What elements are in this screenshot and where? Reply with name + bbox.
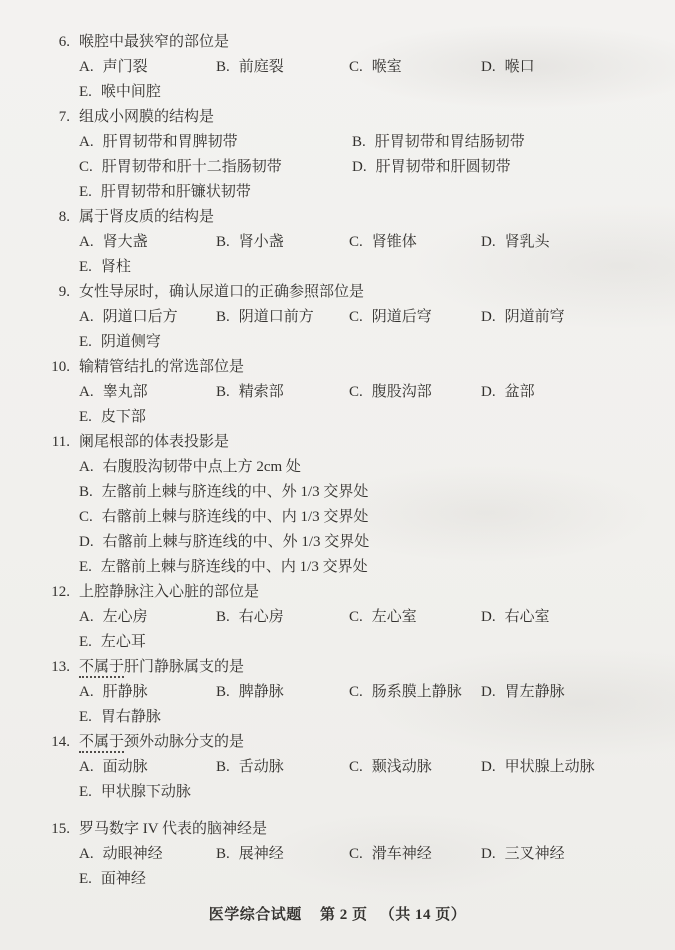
stem-text: 罗马数字 IV 代表的脑神经是 (79, 821, 267, 837)
option-row: E.左髂前上棘与脐连线的中、内 1/3 交界处 (79, 555, 649, 580)
option-text: 肾大盏 (103, 234, 148, 250)
option-label: C. (349, 234, 363, 250)
option-text: 阴道后穹 (372, 309, 432, 325)
options-block: A.面动脉B.舌动脉C.颞浅动脉D.甲状腺上动脉E.甲状腺下动脉 (79, 755, 649, 805)
question-stem-line: 14.不属于颈外动脉分支的是 (40, 730, 649, 755)
option-label: C. (349, 846, 363, 862)
question-stem: 阑尾根部的体表投影是 (79, 430, 229, 455)
option-label: D. (481, 309, 496, 325)
option: A.肾大盏 (79, 230, 216, 255)
option-text: 肾柱 (101, 259, 131, 275)
option-label: A. (79, 134, 94, 150)
option: B.脾静脉 (216, 680, 349, 705)
question-stem-line: 10.输精管结扎的常选部位是 (40, 355, 649, 380)
question-number: 15. (40, 817, 70, 842)
option-text: 甲状腺上动脉 (505, 759, 595, 775)
question: 6.喉腔中最狭窄的部位是A.声门裂B.前庭裂C.喉室D.喉口E.喉中间腔 (40, 30, 649, 105)
option: E.左髂前上棘与脐连线的中、内 1/3 交界处 (79, 555, 368, 580)
options-block: A.右腹股沟韧带中点上方 2cm 处B.左髂前上棘与脐连线的中、外 1/3 交界… (79, 455, 649, 580)
question: 7.组成小网膜的结构是A.肝胃韧带和胃脾韧带B.肝胃韧带和胃结肠韧带C.肝胃韧带… (40, 105, 649, 205)
option-label: B. (216, 846, 230, 862)
option-text: 喉室 (372, 59, 402, 75)
option-label: B. (216, 384, 230, 400)
option-label: B. (216, 234, 230, 250)
question: 13.不属于肝门静脉属支的是A.肝静脉B.脾静脉C.肠系膜上静脉D.胃左静脉E.… (40, 655, 649, 730)
option: B.前庭裂 (216, 55, 349, 80)
option-label: E. (79, 259, 92, 275)
option-row: B.左髂前上棘与脐连线的中、外 1/3 交界处 (79, 480, 649, 505)
question-number: 7. (40, 105, 70, 130)
option-text: 右心房 (239, 609, 284, 625)
option: C.右髂前上棘与脐连线的中、内 1/3 交界处 (79, 505, 368, 530)
option: E.阴道侧穹 (79, 330, 161, 355)
option-label: D. (481, 234, 496, 250)
option-label: C. (349, 759, 363, 775)
option-row: A.动眼神经B.展神经C.滑车神经D.三叉神经 (79, 842, 649, 867)
option: D.肾乳头 (481, 230, 550, 255)
option-text: 肝胃韧带和肝十二指肠韧带 (102, 159, 282, 175)
options-block: A.左心房B.右心房C.左心室D.右心室E.左心耳 (79, 605, 649, 655)
options-block: A.睾丸部B.精索部C.腹股沟部D.盆部E.皮下部 (79, 380, 649, 430)
option-label: A. (79, 759, 94, 775)
option: E.左心耳 (79, 630, 146, 655)
question: 11.阑尾根部的体表投影是A.右腹股沟韧带中点上方 2cm 处B.左髂前上棘与脐… (40, 430, 649, 580)
option-text: 喉口 (505, 59, 535, 75)
question-stem-line: 7.组成小网膜的结构是 (40, 105, 649, 130)
stem-text: 女性导尿时，确认尿道口的正确参照部位是 (79, 284, 364, 300)
option: D.盆部 (481, 380, 535, 405)
option-text: 喉中间腔 (101, 84, 161, 100)
option-row: E.左心耳 (79, 630, 649, 655)
option: A.动眼神经 (79, 842, 216, 867)
option-text: 舌动脉 (239, 759, 284, 775)
option-text: 胃右静脉 (101, 709, 161, 725)
option-label: D. (481, 684, 496, 700)
option: B.肾小盏 (216, 230, 349, 255)
page-footer: 医学综合试题 第 2 页 （共 14 页） (0, 903, 675, 924)
footer-page-number: 第 2 页 (320, 907, 368, 923)
option-text: 精索部 (239, 384, 284, 400)
option: B.右心房 (216, 605, 349, 630)
options-block: A.动眼神经B.展神经C.滑车神经D.三叉神经E.面神经 (79, 842, 649, 892)
option-row: A.肾大盏B.肾小盏C.肾锥体D.肾乳头 (79, 230, 649, 255)
option-text: 面动脉 (103, 759, 148, 775)
option-label: A. (79, 684, 94, 700)
question-stem: 属于肾皮质的结构是 (79, 205, 214, 230)
option-text: 阴道口前方 (239, 309, 314, 325)
question-stem-line: 11.阑尾根部的体表投影是 (40, 430, 649, 455)
option-row: A.睾丸部B.精索部C.腹股沟部D.盆部 (79, 380, 649, 405)
option-label: E. (79, 184, 92, 200)
option-row: A.肝胃韧带和胃脾韧带B.肝胃韧带和胃结肠韧带 (79, 130, 649, 155)
option-text: 阴道前穹 (505, 309, 565, 325)
option-label: C. (79, 159, 93, 175)
option-text: 左心室 (372, 609, 417, 625)
option-row: A.声门裂B.前庭裂C.喉室D.喉口 (79, 55, 649, 80)
question-stem-line: 9.女性导尿时，确认尿道口的正确参照部位是 (40, 280, 649, 305)
stem-emphasis-text: 不属于 (79, 734, 124, 753)
option-text: 肠系膜上静脉 (372, 684, 462, 700)
option-row: D.右髂前上棘与脐连线的中、外 1/3 交界处 (79, 530, 649, 555)
option-row: E.胃右静脉 (79, 705, 649, 730)
option: E.胃右静脉 (79, 705, 161, 730)
option-row: A.面动脉B.舌动脉C.颞浅动脉D.甲状腺上动脉 (79, 755, 649, 780)
option-label: B. (216, 609, 230, 625)
option-text: 甲状腺下动脉 (101, 784, 191, 800)
option: E.肝胃韧带和肝镰状韧带 (79, 180, 251, 205)
question-number: 8. (40, 205, 70, 230)
footer-total-pages: （共 14 页） (380, 907, 467, 923)
option-label: E. (79, 634, 92, 650)
question: 14.不属于颈外动脉分支的是A.面动脉B.舌动脉C.颞浅动脉D.甲状腺上动脉E.… (40, 730, 649, 805)
question: 12.上腔静脉注入心脏的部位是A.左心房B.右心房C.左心室D.右心室E.左心耳 (40, 580, 649, 655)
option: B.舌动脉 (216, 755, 349, 780)
option-row: A.左心房B.右心房C.左心室D.右心室 (79, 605, 649, 630)
option: D.胃左静脉 (481, 680, 565, 705)
option-text: 睾丸部 (103, 384, 148, 400)
option-row: E.肝胃韧带和肝镰状韧带 (79, 180, 649, 205)
stem-text: 阑尾根部的体表投影是 (79, 434, 229, 450)
option-text: 右腹股沟韧带中点上方 2cm 处 (103, 459, 301, 475)
option: D.喉口 (481, 55, 535, 80)
option-label: E. (79, 84, 92, 100)
question: 15.罗马数字 IV 代表的脑神经是A.动眼神经B.展神经C.滑车神经D.三叉神… (40, 817, 649, 892)
option-text: 肝静脉 (103, 684, 148, 700)
option-label: E. (79, 709, 92, 725)
option-row: A.肝静脉B.脾静脉C.肠系膜上静脉D.胃左静脉 (79, 680, 649, 705)
option-text: 前庭裂 (239, 59, 284, 75)
option: D.阴道前穹 (481, 305, 565, 330)
scanned-exam-page: 6.喉腔中最狭窄的部位是A.声门裂B.前庭裂C.喉室D.喉口E.喉中间腔7.组成… (0, 0, 675, 950)
question-stem: 不属于肝门静脉属支的是 (79, 655, 244, 680)
option: C.喉室 (349, 55, 481, 80)
stem-text: 属于肾皮质的结构是 (79, 209, 214, 225)
option-text: 左心房 (103, 609, 148, 625)
option-row: E.面神经 (79, 867, 649, 892)
option: E.喉中间腔 (79, 80, 161, 105)
option: C.肠系膜上静脉 (349, 680, 481, 705)
option-text: 阴道口后方 (103, 309, 178, 325)
option-row: A.右腹股沟韧带中点上方 2cm 处 (79, 455, 649, 480)
option-label: A. (79, 309, 94, 325)
option-text: 胃左静脉 (505, 684, 565, 700)
option: C.肾锥体 (349, 230, 481, 255)
option-label: A. (79, 846, 94, 862)
option-label: B. (216, 309, 230, 325)
option-text: 面神经 (101, 871, 146, 887)
option: A.声门裂 (79, 55, 216, 80)
option-text: 左心耳 (101, 634, 146, 650)
option-text: 肝胃韧带和胃脾韧带 (103, 134, 238, 150)
option-text: 肝胃韧带和胃结肠韧带 (375, 134, 525, 150)
option-label: E. (79, 871, 92, 887)
option-text: 肝胃韧带和肝镰状韧带 (101, 184, 251, 200)
footer-exam-title: 医学综合试题 (209, 907, 302, 923)
question-stem-line: 15.罗马数字 IV 代表的脑神经是 (40, 817, 649, 842)
question: 9.女性导尿时，确认尿道口的正确参照部位是A.阴道口后方B.阴道口前方C.阴道后… (40, 280, 649, 355)
option-text: 颞浅动脉 (372, 759, 432, 775)
option-text: 右心室 (505, 609, 550, 625)
question-stem: 女性导尿时，确认尿道口的正确参照部位是 (79, 280, 364, 305)
question-stem: 罗马数字 IV 代表的脑神经是 (79, 817, 267, 842)
option-label: A. (79, 234, 94, 250)
option-text: 滑车神经 (372, 846, 432, 862)
options-block: A.声门裂B.前庭裂C.喉室D.喉口E.喉中间腔 (79, 55, 649, 105)
options-block: A.阴道口后方B.阴道口前方C.阴道后穹D.阴道前穹E.阴道侧穹 (79, 305, 649, 355)
option: A.肝静脉 (79, 680, 216, 705)
option-text: 肾小盏 (239, 234, 284, 250)
option-text: 肝胃韧带和肝圆韧带 (376, 159, 511, 175)
option-text: 左髂前上棘与脐连线的中、内 1/3 交界处 (101, 559, 368, 575)
stem-text: 肝门静脉属支的是 (124, 659, 244, 675)
option-label: A. (79, 59, 94, 75)
stem-text: 上腔静脉注入心脏的部位是 (79, 584, 259, 600)
option-row: E.皮下部 (79, 405, 649, 430)
option: D.三叉神经 (481, 842, 565, 867)
option-label: C. (349, 59, 363, 75)
question-stem: 组成小网膜的结构是 (79, 105, 214, 130)
option-text: 腹股沟部 (372, 384, 432, 400)
option-label: D. (481, 609, 496, 625)
option-row: E.肾柱 (79, 255, 649, 280)
option: B.展神经 (216, 842, 349, 867)
option-label: C. (349, 309, 363, 325)
option-label: C. (79, 509, 93, 525)
option: D.甲状腺上动脉 (481, 755, 595, 780)
option: B.阴道口前方 (216, 305, 349, 330)
question-stem: 输精管结扎的常选部位是 (79, 355, 244, 380)
option-text: 声门裂 (103, 59, 148, 75)
options-block: A.肾大盏B.肾小盏C.肾锥体D.肾乳头E.肾柱 (79, 230, 649, 280)
option-text: 肾锥体 (372, 234, 417, 250)
option-label: D. (352, 159, 367, 175)
question-number: 14. (40, 730, 70, 755)
question-stem: 喉腔中最狭窄的部位是 (79, 30, 229, 55)
question-stem-line: 6.喉腔中最狭窄的部位是 (40, 30, 649, 55)
stem-text: 喉腔中最狭窄的部位是 (79, 34, 229, 50)
option: C.腹股沟部 (349, 380, 481, 405)
question-stem-line: 12.上腔静脉注入心脏的部位是 (40, 580, 649, 605)
option-text: 盆部 (505, 384, 535, 400)
stem-text: 输精管结扎的常选部位是 (79, 359, 244, 375)
option-row: E.阴道侧穹 (79, 330, 649, 355)
question-number: 10. (40, 355, 70, 380)
option-label: B. (216, 759, 230, 775)
stem-text: 组成小网膜的结构是 (79, 109, 214, 125)
question: 10.输精管结扎的常选部位是A.睾丸部B.精索部C.腹股沟部D.盆部E.皮下部 (40, 355, 649, 430)
question-number: 9. (40, 280, 70, 305)
option-label: A. (79, 459, 94, 475)
question-stem-line: 13.不属于肝门静脉属支的是 (40, 655, 649, 680)
option-text: 三叉神经 (505, 846, 565, 862)
question: 8.属于肾皮质的结构是A.肾大盏B.肾小盏C.肾锥体D.肾乳头E.肾柱 (40, 205, 649, 280)
option: E.面神经 (79, 867, 146, 892)
option: C.肝胃韧带和肝十二指肠韧带 (79, 155, 352, 180)
option: C.阴道后穹 (349, 305, 481, 330)
question-list: 6.喉腔中最狭窄的部位是A.声门裂B.前庭裂C.喉室D.喉口E.喉中间腔7.组成… (40, 30, 649, 892)
option-row: A.阴道口后方B.阴道口前方C.阴道后穹D.阴道前穹 (79, 305, 649, 330)
option: D.右心室 (481, 605, 550, 630)
option-label: D. (481, 759, 496, 775)
option: A.右腹股沟韧带中点上方 2cm 处 (79, 455, 301, 480)
option-label: D. (481, 384, 496, 400)
option-text: 肾乳头 (505, 234, 550, 250)
options-block: A.肝胃韧带和胃脾韧带B.肝胃韧带和胃结肠韧带C.肝胃韧带和肝十二指肠韧带D.肝… (79, 130, 649, 205)
option: B.肝胃韧带和胃结肠韧带 (352, 130, 525, 155)
option-text: 阴道侧穹 (101, 334, 161, 350)
option: D.右髂前上棘与脐连线的中、外 1/3 交界处 (79, 530, 369, 555)
option-label: E. (79, 559, 92, 575)
option-label: B. (79, 484, 93, 500)
question-stem: 上腔静脉注入心脏的部位是 (79, 580, 259, 605)
options-block: A.肝静脉B.脾静脉C.肠系膜上静脉D.胃左静脉E.胃右静脉 (79, 680, 649, 730)
stem-emphasis-text: 不属于 (79, 659, 124, 678)
option-label: D. (481, 59, 496, 75)
option-text: 皮下部 (101, 409, 146, 425)
option-text: 展神经 (239, 846, 284, 862)
option-label: C. (349, 684, 363, 700)
option-label: A. (79, 609, 94, 625)
question-number: 6. (40, 30, 70, 55)
option-label: B. (352, 134, 366, 150)
option: E.皮下部 (79, 405, 146, 430)
option-label: C. (349, 384, 363, 400)
option-label: B. (216, 684, 230, 700)
option: E.肾柱 (79, 255, 131, 280)
option: B.精索部 (216, 380, 349, 405)
option-text: 脾静脉 (239, 684, 284, 700)
stem-text: 颈外动脉分支的是 (124, 734, 244, 750)
question-stem-line: 8.属于肾皮质的结构是 (40, 205, 649, 230)
option: A.面动脉 (79, 755, 216, 780)
option: A.阴道口后方 (79, 305, 216, 330)
option-label: E. (79, 409, 92, 425)
option: B.左髂前上棘与脐连线的中、外 1/3 交界处 (79, 480, 368, 505)
option: C.颞浅动脉 (349, 755, 481, 780)
option-label: D. (481, 846, 496, 862)
option-text: 左髂前上棘与脐连线的中、外 1/3 交界处 (102, 484, 369, 500)
option-label: B. (216, 59, 230, 75)
option: A.左心房 (79, 605, 216, 630)
option-row: E.喉中间腔 (79, 80, 649, 105)
option: C.滑车神经 (349, 842, 481, 867)
option: A.睾丸部 (79, 380, 216, 405)
option: E.甲状腺下动脉 (79, 780, 191, 805)
option: D.肝胃韧带和肝圆韧带 (352, 155, 511, 180)
option-text: 右髂前上棘与脐连线的中、外 1/3 交界处 (103, 534, 370, 550)
option: C.左心室 (349, 605, 481, 630)
option: A.肝胃韧带和胃脾韧带 (79, 130, 352, 155)
option-text: 动眼神经 (103, 846, 163, 862)
option-label: E. (79, 334, 92, 350)
option-label: A. (79, 384, 94, 400)
question-stem: 不属于颈外动脉分支的是 (79, 730, 244, 755)
question-number: 12. (40, 580, 70, 605)
question-number: 13. (40, 655, 70, 680)
question-number: 11. (40, 430, 70, 455)
option-row: E.甲状腺下动脉 (79, 780, 649, 805)
option-label: E. (79, 784, 92, 800)
option-label: D. (79, 534, 94, 550)
option-label: C. (349, 609, 363, 625)
option-row: C.肝胃韧带和肝十二指肠韧带D.肝胃韧带和肝圆韧带 (79, 155, 649, 180)
option-text: 右髂前上棘与脐连线的中、内 1/3 交界处 (102, 509, 369, 525)
option-row: C.右髂前上棘与脐连线的中、内 1/3 交界处 (79, 505, 649, 530)
